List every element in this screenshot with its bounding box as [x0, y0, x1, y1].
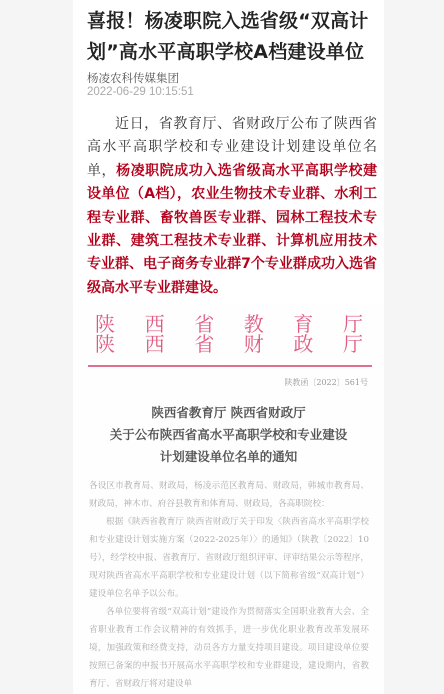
document-letterhead-row-1: 陕 西 省 教 育 厅 — [95, 313, 363, 335]
document-number: 陕教函〔2022〕561号 — [284, 377, 368, 388]
letterhead-char: 财 — [244, 333, 264, 355]
article-panel: 喜报！杨凌职院入选省级“双高计划”高水平高职学校A档建设单位 杨凌农科传媒集团 … — [73, 0, 384, 694]
document-title-line-3: 计划建设单位名单的通知 — [73, 447, 384, 467]
article-source[interactable]: 杨凌农科传媒集团 — [87, 70, 179, 86]
document-addressee: 各设区市教育局、财政局，杨凌示范区教育局、财政局，韩城市教育局、财政局，神木市、… — [89, 477, 369, 513]
paragraph-highlight-text: 杨凌职院成功入选省级高水平高职学校建设单位（A档），农业生物技术专业群、水利工程… — [87, 163, 377, 296]
document-paragraph-2: 各单位要将省级“双高计划”建设作为贯彻落实全国职业教育大会、全省职业教育工作会议… — [89, 603, 369, 693]
letterhead-char: 政 — [293, 333, 313, 355]
letterhead-red-divider — [88, 365, 372, 367]
letterhead-char: 省 — [194, 333, 214, 355]
document-title-line-2: 关于公布陕西省高水平高职学校和专业建设 — [73, 425, 384, 445]
document-letterhead-row-2: 陕 西 省 财 政 厅 — [95, 333, 363, 355]
article-title: 喜报！杨凌职院入选省级“双高计划”高水平高职学校A档建设单位 — [87, 6, 377, 68]
letterhead-char: 西 — [145, 333, 165, 355]
article-date: 2022-06-29 10:15:51 — [87, 86, 194, 98]
letterhead-char: 厅 — [343, 333, 363, 355]
document-title-line-1: 陕西省教育厅 陕西省财政厅 — [73, 403, 384, 423]
document-body: 各设区市教育局、财政局，杨凌示范区教育局、财政局，韩城市教育局、财政局，神木市、… — [89, 477, 369, 693]
notice-document-image[interactable]: 陕 西 省 教 育 厅 陕 西 省 财 政 厅 陕教函〔2022〕561号 陕西… — [73, 305, 384, 694]
document-paragraph-1: 根据《陕西省教育厅 陕西省财政厅关于印发〈陕西省高水平高职学校和专业建设计划实施… — [89, 513, 369, 603]
article-paragraph: 近日，省教育厅、省财政厅公布了陕西省高水平高职学校和专业建设计划建设单位名单，杨… — [87, 113, 377, 300]
letterhead-char: 陕 — [95, 333, 115, 355]
